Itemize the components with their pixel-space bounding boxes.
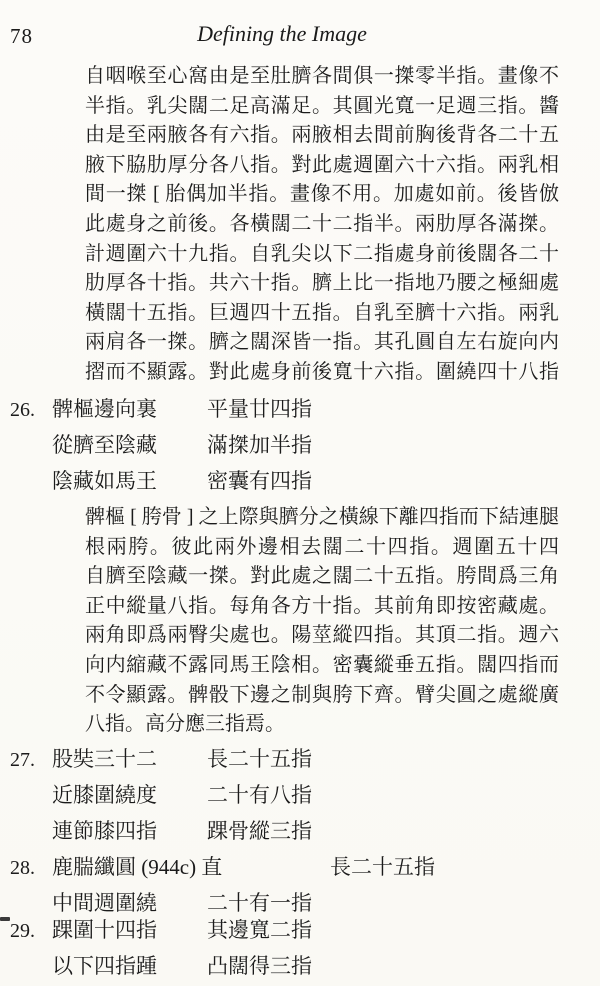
- measure-value: 平量廿四指: [207, 394, 312, 424]
- measure-value: 密囊有四指: [207, 466, 312, 496]
- measure-value: 滿搩加半指: [207, 430, 312, 460]
- text-line: 根兩胯。彼此兩外邊相去闊二十四指。週圍五十四指。: [85, 533, 559, 563]
- measurement-paragraph-1: 自咽喉至心窩由是至肚臍各間俱一搩零半指。畫像不加 半指。乳尖闊二足高滿足。其圓光…: [85, 62, 559, 388]
- text-line: 腋下脇肋厚分各八指。對此處週圍六十六指。兩乳相去: [85, 151, 559, 181]
- entry-29: 29. 踝圍十四指 其邊寬二指 以下四指踵 凸闊得三指: [0, 915, 600, 986]
- verse-label: 連節膝四指: [52, 816, 207, 846]
- entry-27: 27. 股奘三十二 長二十五指 近膝圍繞度 二十有八指 連節膝四指 踝骨縱三指: [0, 744, 600, 852]
- text-line: 兩角即爲兩臀尖處也。陽莖縱四指。其頂二指。週六指。: [85, 621, 559, 651]
- entry-row: 連節膝四指 踝骨縱三指: [0, 816, 600, 852]
- entry-row: 27. 股奘三十二 長二十五指: [0, 744, 600, 780]
- entry-row: 28. 鹿腨纖圓 (944c) 直 長二十五指: [0, 852, 600, 888]
- measure-value: 其邊寬二指: [207, 915, 312, 945]
- verse-label: 以下四指踵: [52, 951, 207, 981]
- text-line: 兩肩各一搩。臍之闊深皆一指。其孔圓自左右旋向内之: [85, 328, 559, 358]
- text-line: 不令顯露。髀骰下邊之制與胯下齊。臂尖圓之處縱廣俱: [85, 681, 559, 711]
- entry-row: 從臍至陰藏 滿搩加半指: [0, 430, 600, 466]
- measurement-paragraph-2: 髀樞 [ 胯骨 ] 之上際與臍分之橫線下離四指而下結連腿 根兩胯。彼此兩外邊相去…: [85, 503, 559, 740]
- entry-number: 26.: [0, 395, 52, 425]
- entry-26: 26. 髀樞邊向裏 平量廿四指 從臍至陰藏 滿搩加半指 陰藏如馬王 密囊有四指: [0, 394, 600, 502]
- text-line: 間一搩 [ 胎偶加半指。畫像不用。加處如前。後皆倣此 ]。: [85, 180, 559, 210]
- verse-label: 髀樞邊向裏: [52, 394, 207, 424]
- text-line: 計週圍六十九指。自乳尖以下二指處身前後闊各二十指。: [85, 240, 559, 270]
- text-line: 正中縱量八指。每角各方十指。其前角即按密藏處。後: [85, 592, 559, 622]
- measure-value: 長二十五指: [330, 852, 435, 882]
- entry-row: 以下四指踵 凸闊得三指: [0, 951, 600, 986]
- measure-value: 凸闊得三指: [207, 951, 312, 981]
- text-line: 自臍至陰藏一搩。對此處之闊二十五指。胯間爲三角形。: [85, 562, 559, 592]
- running-title: Defining the Image: [0, 21, 582, 47]
- verse-label: 鹿腨纖圓 (944c) 直: [52, 852, 330, 882]
- verse-label: 股奘三十二: [52, 744, 207, 774]
- entry-row: 陰藏如馬王 密囊有四指: [0, 466, 600, 502]
- text-line: 八指。高分應三指焉。: [85, 710, 559, 740]
- text-line: 橫闊十五指。巨週四十五指。自乳至臍十六指。兩乳至: [85, 299, 559, 329]
- measure-value: 長二十五指: [207, 744, 312, 774]
- verse-label: 踝圍十四指: [52, 915, 207, 945]
- entry-row: 26. 髀樞邊向裏 平量廿四指: [0, 394, 600, 430]
- entry-row: 29. 踝圍十四指 其邊寬二指: [0, 915, 600, 951]
- entry-row: 近膝圍繞度 二十有八指: [0, 780, 600, 816]
- verse-label: 陰藏如馬王: [52, 466, 207, 496]
- measure-value: 踝骨縱三指: [207, 816, 312, 846]
- text-line: 髀樞 [ 胯骨 ] 之上際與臍分之橫線下離四指而下結連腿: [85, 503, 559, 533]
- book-page: 78 Defining the Image 自咽喉至心窩由是至肚臍各間俱一搩零半…: [0, 0, 600, 986]
- text-line: 自咽喉至心窩由是至肚臍各間俱一搩零半指。畫像不加: [85, 62, 559, 92]
- text-line: 半指。乳尖闊二足高滿足。其圓光寬一足週三指。醬色。: [85, 92, 559, 122]
- text-line: 向内縮藏不露同馬王陰相。密囊縱垂五指。闊四指而亦: [85, 651, 559, 681]
- text-line: 此處身之前後。各橫闊二十二指半。兩肋厚各滿搩。共: [85, 210, 559, 240]
- text-line: 摺而不顯露。對此處身前後寬十六指。圍繞四十八指焉。: [85, 358, 559, 388]
- text-line: 肋厚各十指。共六十指。臍上比一指地乃腰之極細處也。: [85, 269, 559, 299]
- text-line: 由是至兩腋各有六指。兩腋相去間前胸後背各二十五指。: [85, 121, 559, 151]
- verse-label: 從臍至陰藏: [52, 430, 207, 460]
- entry-28: 28. 鹿腨纖圓 (944c) 直 長二十五指 中間週圍繞 二十有一指: [0, 852, 600, 924]
- verse-label: 近膝圍繞度: [52, 780, 207, 810]
- entry-number: 27.: [0, 745, 52, 775]
- scan-margin-artifact: [0, 917, 10, 921]
- entry-number: 28.: [0, 853, 52, 883]
- measure-value: 二十有一指: [207, 888, 312, 918]
- verse-label: 中間週圍繞: [52, 888, 207, 918]
- measure-value: 二十有八指: [207, 780, 312, 810]
